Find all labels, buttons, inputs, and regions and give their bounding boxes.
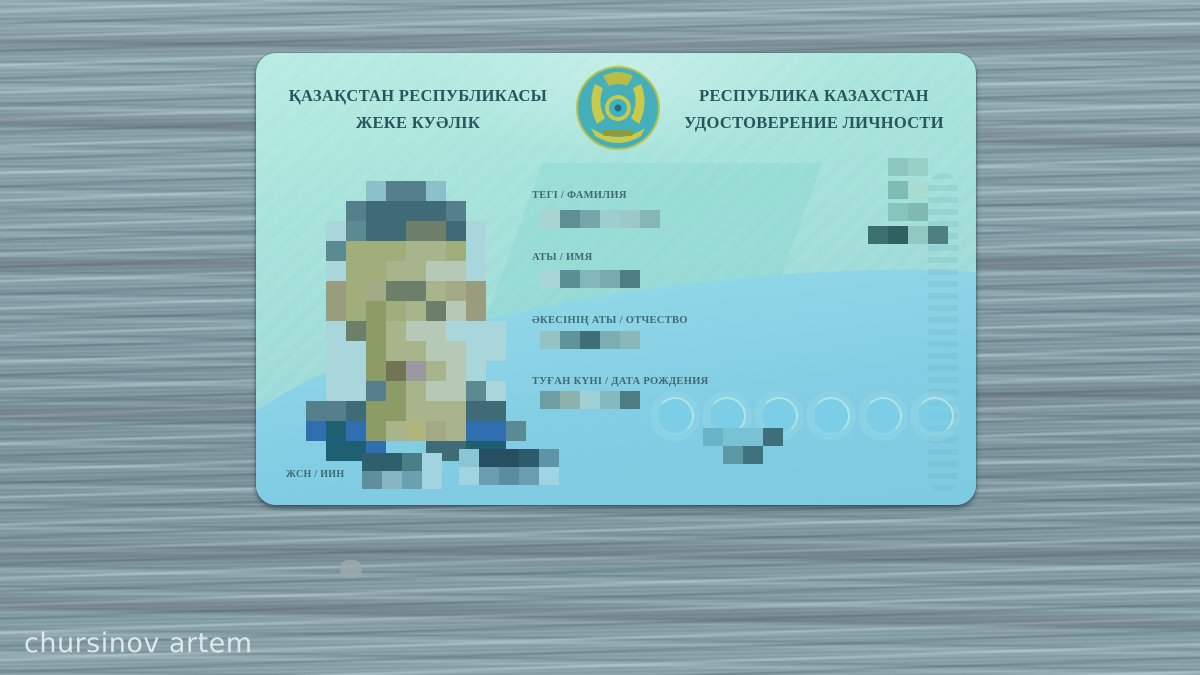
photo-pixel xyxy=(426,221,446,241)
photo-pixel xyxy=(406,421,426,441)
photo-pixel xyxy=(366,221,386,241)
photo-pixel xyxy=(406,221,426,241)
photo-pixel xyxy=(326,441,346,461)
field-label-birth-date: ТУҒАН КҮНІ / ДАТА РОЖДЕНИЯ xyxy=(532,376,709,387)
photo-pixel xyxy=(366,341,386,361)
photo-pixel xyxy=(366,321,386,341)
photo-pixel xyxy=(406,181,426,201)
photo-pixel xyxy=(326,341,346,361)
photo-pixel xyxy=(366,301,386,321)
hologram-circle xyxy=(656,397,694,435)
photo-pixel xyxy=(446,361,466,381)
photo-pixel xyxy=(446,301,466,321)
field-value-iin-part2 xyxy=(459,449,559,485)
photo-pixel xyxy=(386,341,406,361)
photo-pixel xyxy=(346,221,366,241)
photo-pixel xyxy=(366,361,386,381)
photo-pixel xyxy=(366,401,386,421)
photo-pixel xyxy=(326,421,346,441)
photo-pixel xyxy=(306,421,326,441)
photo-pixel xyxy=(426,381,446,401)
photo-pixel xyxy=(326,381,346,401)
photo-pixel xyxy=(406,241,426,261)
photo-pixel xyxy=(326,281,346,301)
field-value-surname xyxy=(540,210,660,228)
photo-pixel xyxy=(446,341,466,361)
photo-pixel xyxy=(446,241,466,261)
portrait-photo-pixelated xyxy=(286,171,518,449)
field-label-surname: ТЕГІ / ФАМИЛИЯ xyxy=(532,190,627,201)
header-kz-republic: ҚАЗАҚСТАН РЕСПУБЛИКАСЫ xyxy=(260,86,576,106)
photo-pixel xyxy=(466,241,486,261)
photo-pixel xyxy=(326,221,346,241)
field-label-patronymic: ӘКЕСІНІҢ АТЫ / ОТЧЕСТВО xyxy=(532,315,688,326)
photo-pixel xyxy=(406,201,426,221)
wood-grain-band xyxy=(0,540,1200,568)
photo-pixel xyxy=(366,381,386,401)
photo-pixel xyxy=(406,341,426,361)
photo-pixel xyxy=(486,341,506,361)
photo-pixel xyxy=(406,381,426,401)
photo-pixel xyxy=(386,241,406,261)
photo-pixel xyxy=(346,321,366,341)
photo-pixel xyxy=(426,281,446,301)
photo-pixel xyxy=(466,421,486,441)
photo-pixel xyxy=(426,361,446,381)
photo-pixel xyxy=(466,341,486,361)
photo-pixel xyxy=(326,361,346,381)
photo-pixel xyxy=(326,321,346,341)
photo-pixel xyxy=(426,341,446,361)
photo-pixel xyxy=(386,421,406,441)
photo-pixel xyxy=(306,401,326,421)
header-ru-id-card: УДОСТОВЕРЕНИЕ ЛИЧНОСТИ xyxy=(676,113,952,133)
photo-pixel xyxy=(346,201,366,221)
mini-photo-pixelated xyxy=(868,158,948,248)
blurred-spot xyxy=(340,560,362,578)
photo-pixel xyxy=(446,201,466,221)
photo-pixel xyxy=(466,321,486,341)
photo-pixel xyxy=(366,181,386,201)
photo-pixel xyxy=(346,261,366,281)
photo-pixel xyxy=(406,401,426,421)
state-emblem-icon xyxy=(575,64,661,152)
photo-pixel xyxy=(346,341,366,361)
photo-pixel xyxy=(446,221,466,241)
photo-pixel xyxy=(346,401,366,421)
id-card: ҚАЗАҚСТАН РЕСПУБЛИКАСЫ ЖЕКЕ КУӘЛІК РЕСПУ… xyxy=(256,53,976,505)
hologram-circle xyxy=(864,397,902,435)
photo-pixel xyxy=(346,381,366,401)
photo-pixel xyxy=(446,381,466,401)
photo-pixel xyxy=(366,241,386,261)
photo-pixel xyxy=(386,181,406,201)
photo-pixel xyxy=(466,221,486,241)
photo-pixel xyxy=(426,201,446,221)
photo-pixel xyxy=(386,381,406,401)
photo-pixel xyxy=(426,181,446,201)
hologram-circle xyxy=(812,397,850,435)
photo-pixel xyxy=(446,281,466,301)
photo-pixel xyxy=(326,261,346,281)
photo-pixel xyxy=(446,401,466,421)
photo-pixel xyxy=(386,221,406,241)
photo-pixel xyxy=(466,401,486,421)
photo-pixel xyxy=(386,261,406,281)
photo-pixel xyxy=(506,421,526,441)
photo-pixel xyxy=(426,241,446,261)
photo-pixel xyxy=(386,281,406,301)
photo-pixel xyxy=(326,301,346,321)
photo-pixel xyxy=(466,361,486,381)
photo-pixel xyxy=(486,381,506,401)
photo-pixel xyxy=(446,261,466,281)
header-ru-republic: РЕСПУБЛИКА КАЗАХСТАН xyxy=(676,86,952,106)
photo-pixel xyxy=(466,261,486,281)
header-kz-id-card: ЖЕКЕ КУӘЛІК xyxy=(260,113,576,133)
photo-pixel xyxy=(426,401,446,421)
field-label-name: АТЫ / ИМЯ xyxy=(532,252,593,263)
photo-pixel xyxy=(366,421,386,441)
photo-pixel xyxy=(406,301,426,321)
photo-pixel xyxy=(326,401,346,421)
photo-pixel xyxy=(426,301,446,321)
photo-pixel xyxy=(386,301,406,321)
photo-pixel xyxy=(346,421,366,441)
photo-pixel xyxy=(406,361,426,381)
photo-pixel xyxy=(466,301,486,321)
field-label-iin: ЖСН / ИИН xyxy=(286,469,344,480)
field-value-name xyxy=(540,270,640,288)
photo-pixel xyxy=(406,281,426,301)
photo-pixel xyxy=(366,201,386,221)
photo-pixel xyxy=(346,361,366,381)
hologram-circle xyxy=(916,397,954,435)
photo-pixel xyxy=(426,421,446,441)
photo-pixel xyxy=(466,381,486,401)
photo-pixel xyxy=(366,261,386,281)
photo-pixel xyxy=(426,321,446,341)
photo-pixel xyxy=(466,281,486,301)
photo-pixel xyxy=(486,421,506,441)
photo-pixel xyxy=(406,261,426,281)
signature-pixelated xyxy=(703,428,783,464)
photo-pixel xyxy=(326,241,346,261)
photo-pixel xyxy=(386,201,406,221)
photo-pixel xyxy=(386,361,406,381)
photo-pixel xyxy=(486,321,506,341)
photo-pixel xyxy=(446,321,466,341)
field-value-birth-date xyxy=(540,391,640,409)
field-value-patronymic xyxy=(540,331,640,349)
field-value-iin-part1 xyxy=(362,453,442,487)
photo-pixel xyxy=(346,301,366,321)
photo-pixel xyxy=(446,421,466,441)
photo-pixel xyxy=(386,321,406,341)
photo-pixel xyxy=(366,281,386,301)
photo-pixel xyxy=(346,241,366,261)
photo-pixel xyxy=(486,401,506,421)
photo-pixel xyxy=(346,281,366,301)
photographer-watermark: chursinov artem xyxy=(24,628,253,659)
photo-pixel xyxy=(406,321,426,341)
photo-pixel xyxy=(426,261,446,281)
photo-pixel xyxy=(386,401,406,421)
